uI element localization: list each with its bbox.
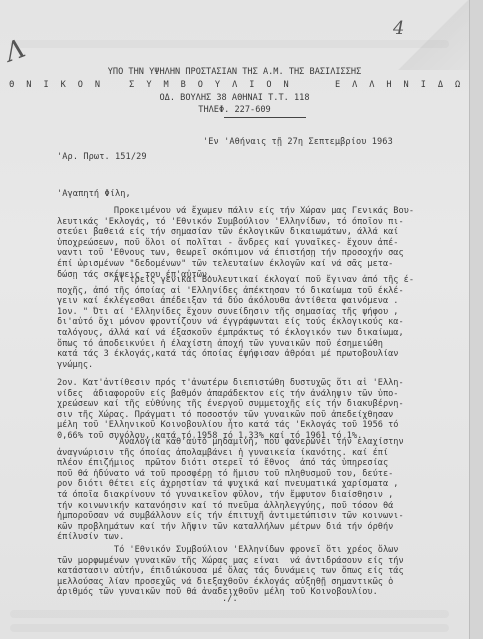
text-line: ποῦ θά ἠδύνατο νά τοῦ προσφέρῃ τό ἥμισυ … xyxy=(57,469,404,480)
handwritten-mark: Λ xyxy=(1,34,29,69)
text-line: λευτικάς 'Εκλογάς, τό 'Εθνικόν Συμβούλιο… xyxy=(57,217,414,228)
show-through-text xyxy=(10,40,449,48)
paragraph-3: 2ον. Κατ'ἀντίθεσιν πρός τ'ἀνωτέρω διεπισ… xyxy=(57,378,404,442)
text-line: έπίλυσίν των. xyxy=(57,532,404,543)
text-line: μέλη τοῦ 'Ελληνικοῦ Κοινοβουλίου ἦτο κατ… xyxy=(57,420,404,431)
text-line: 2ον. Κατ'ἀντίθεσιν πρός τ'ἀνωτέρω διεπισ… xyxy=(57,378,404,389)
text-line: 'Αναλογία καθ'αὐτό μηδαμινή, ποῦ φανερών… xyxy=(57,437,404,448)
letterhead-address: ΟΔ. ΒΟΥΛΗΣ 38 ΑΘΗΝΑΙ Τ.Τ. 118 xyxy=(0,93,469,103)
text-line: γειν καί έκλέγεσθαι ἀπέδειξαν τά δύο ἀκό… xyxy=(57,296,414,307)
text-line: Τό 'Εθνικόν Συμβούλιον 'Ελληνίδων φρονεῖ… xyxy=(57,545,404,556)
letterhead-underline xyxy=(224,117,306,118)
text-line: κατά τάς 3 έκλογάς,κατά τάς όποίας έψήφι… xyxy=(57,349,414,360)
text-line: ἠμποροῦσαν νά συμβάλλουν είς τήν έπιτυχῆ… xyxy=(57,511,404,522)
protocol-number: 'Αρ. Πρωτ. 151/29 xyxy=(57,152,147,162)
paragraph-1: Προκειμένου νά ἔχωμεν πάλιν είς τήν Χώρα… xyxy=(57,206,414,280)
scan-edge xyxy=(469,0,483,639)
letterhead-patronage: ΥΠΟ ΤΗΝ ΥΨΗΛΗΝ ΠΡΟΣΤΑΣΙΑΝ ΤΗΣ Α.Μ. ΤΗΣ Β… xyxy=(0,67,469,77)
text-line: κατάστασιν αὐτήν, έπιδιώκουσα μέ ὅλας τά… xyxy=(57,566,404,577)
text-line: ὅπως τό ἀποδεικνύει ἡ έλαχίστη ἀποχή τῶν… xyxy=(57,339,414,350)
paragraph-2: Αἱ τρεῖς γενικαί Βουλευτικαί έκλογαί ποῦ… xyxy=(57,275,414,370)
text-line: έπί ὡρισμένων "δεδομένων" τῶν τελευταίων… xyxy=(57,259,414,270)
show-through-text xyxy=(10,610,449,618)
letterhead-organization: Ε Θ Ν Ι Κ Ο Ν Σ Υ Μ Β Ο Υ Λ Ι Ο Ν Ε Λ Λ … xyxy=(0,80,461,90)
text-line: ἀναγνώρισιν τῆς όποίας ἀπολαμβάνει ἡ γυν… xyxy=(57,448,404,459)
text-line: ρον διότι θέτει είς ἀχρηστίαν τά ψυχικά … xyxy=(57,479,404,490)
text-line: Αἱ τρεῖς γενικαί Βουλευτικαί έκλογαί ποῦ… xyxy=(57,275,414,286)
text-line: νίδες ἀδιαφοροῦν είς βαθμόν ἀπαράδεκτον … xyxy=(57,389,404,400)
continuation-mark: ./. xyxy=(222,594,238,604)
handwritten-page-number: 4 xyxy=(393,18,404,39)
letterhead-phone: ΤΗΛΕΦ. 227-609 xyxy=(0,105,469,115)
text-line: ταλόγους, άλλά καί νά έξασκοῦν έμπράκτως… xyxy=(57,328,414,339)
text-line: στεύει βαθειά είς τήν σημασίαν τῶν έκλογ… xyxy=(57,227,414,238)
text-line: ποχῆς, ἀπό τῆς όποίας αἱ 'Ελληνίδες ἀπέκ… xyxy=(57,286,414,297)
text-line: Προκειμένου νά ἔχωμεν πάλιν είς τήν Χώρα… xyxy=(57,206,414,217)
text-line: τῶν μορφωμένων γυναικῶν τῆς Χώρας μας εί… xyxy=(57,556,404,567)
text-line: τά όποῖα διακρίνουν τό γυναικεῖον φῦλον,… xyxy=(57,490,404,501)
text-line: πλέον έπιζήμιος πρῶτον διότι στερεῖ τό ἔ… xyxy=(57,458,404,469)
paragraph-4: 'Αναλογία καθ'αὐτό μηδαμινή, ποῦ φανερών… xyxy=(57,437,404,543)
text-line: μελλούσας λίαν προσεχῶς νά διεξαχθοῦν έκ… xyxy=(57,577,404,588)
document-page: Λ 4 ΥΠΟ ΤΗΝ ΥΨΗΛΗΝ ΠΡΟΣΤΑΣΙΑΝ ΤΗΣ Α.Μ. Τ… xyxy=(0,0,469,639)
text-line: σιν τῆς Χώρας. Πράγματι τό ποσοστόν τῶν … xyxy=(57,410,404,421)
text-line: δι'αὐτό ὄχι μόνον φροντίζουν νά έγγράφων… xyxy=(57,317,414,328)
text-line: χρεώσεων καί τῆς εὐθύνης τῆς ένεργοῦ συμ… xyxy=(57,399,404,410)
date-line: 'Εν 'Αθήναις τῇ 27η Σεπτεμβρίου 1963 xyxy=(203,137,393,147)
paragraph-5: Τό 'Εθνικόν Συμβούλιον 'Ελληνίδων φρονεῖ… xyxy=(57,545,404,598)
show-through-text xyxy=(10,624,449,632)
text-line: κῶν προβλημάτων καί τήν λῆψιν τῶν καταλλ… xyxy=(57,522,404,533)
text-line: γνώμης. xyxy=(57,360,414,371)
salutation: 'Αγαπητή Φίλη, xyxy=(57,189,131,199)
text-line: ναντι τοῦ 'Εθνους των, θεωρεῖ σκόπιμον ν… xyxy=(57,248,414,259)
text-line: τήν κοινωνικήν κατανόησιν καί τό πνεῦμα … xyxy=(57,501,404,512)
text-line: 1ον. " Ότι αί 'Ελληνίδες ἔχουν συνείδησι… xyxy=(57,307,414,318)
text-line: ὑποχρεώσεων, ποῦ ὅλοι οί πολῖται - ἄνδρε… xyxy=(57,238,414,249)
